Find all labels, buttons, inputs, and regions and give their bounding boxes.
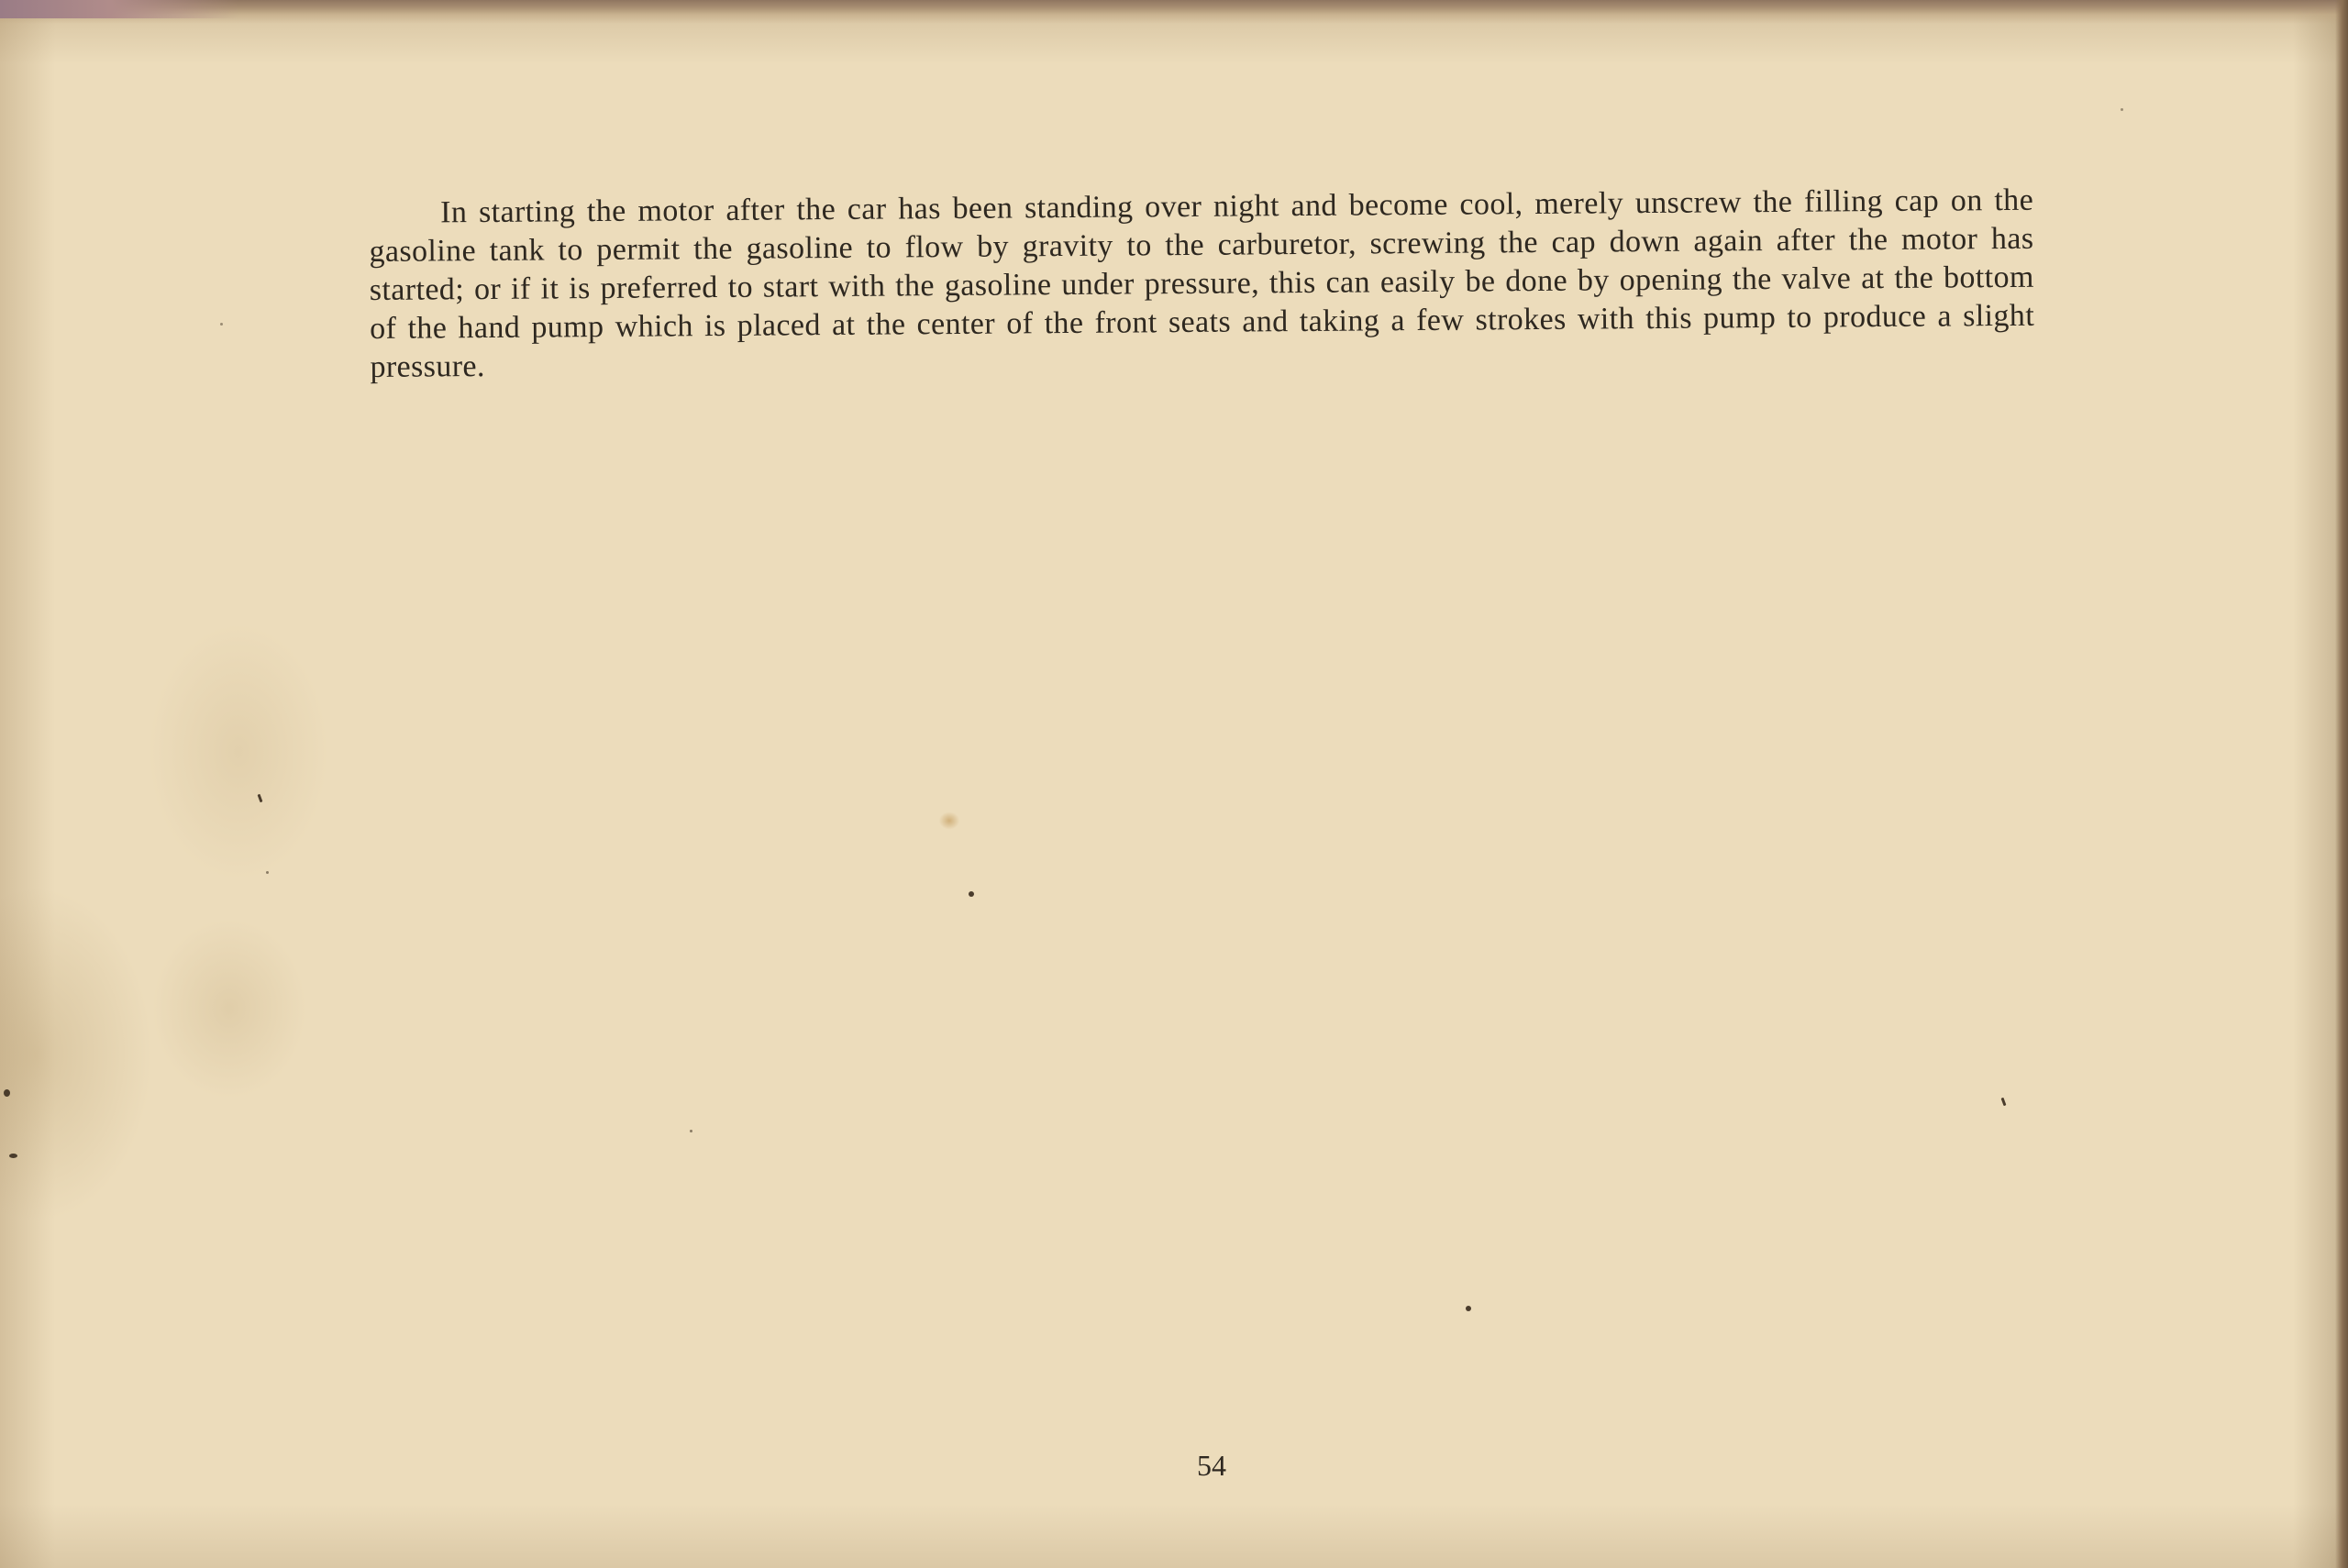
paper-speck [4, 1089, 10, 1097]
paper-speck [2121, 108, 2123, 111]
cover-edge-shadow [0, 0, 238, 18]
paper-speck [969, 891, 974, 897]
paper-speck [9, 1154, 17, 1158]
page-top-edge [0, 0, 2348, 24]
paper-speck [258, 794, 263, 802]
page-number: 54 [1197, 1449, 1226, 1483]
paper-speck [1466, 1306, 1471, 1311]
paper-speck [690, 1130, 692, 1132]
body-paragraph: In starting the motor after the car has … [369, 182, 2035, 387]
paper-speck [220, 323, 223, 326]
page-right-edge [2335, 0, 2348, 1568]
book-page: In starting the motor after the car has … [0, 0, 2348, 1568]
paper-speck [266, 871, 269, 874]
paper-speck [2001, 1098, 2007, 1106]
paragraph-indent [369, 222, 440, 223]
paragraph-text: In starting the motor after the car has … [369, 183, 2034, 384]
